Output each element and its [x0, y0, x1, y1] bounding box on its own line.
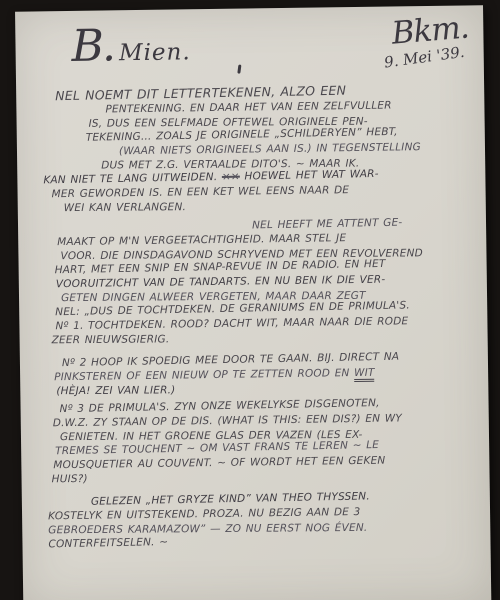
scribble-strike: ×× [222, 171, 240, 183]
letter-body: NEL NOEMT DIT LETTERTEKENEN, ALZO EENPEN… [15, 5, 490, 551]
handwritten-line: WEI KAN VERLANGEN. [64, 198, 478, 215]
handwritten-line: HUIS?) [52, 469, 482, 486]
handwritten-line: ZEER NIEUWSGIERIG. [52, 330, 480, 347]
scanned-letter-photo: { "palette": { "background": "#171412", … [0, 0, 500, 600]
double-underline: WIT [354, 367, 375, 382]
letter-paper: B. Mien. Bkm. 9. Mei '39. NEL NOEMT DIT … [15, 5, 491, 600]
